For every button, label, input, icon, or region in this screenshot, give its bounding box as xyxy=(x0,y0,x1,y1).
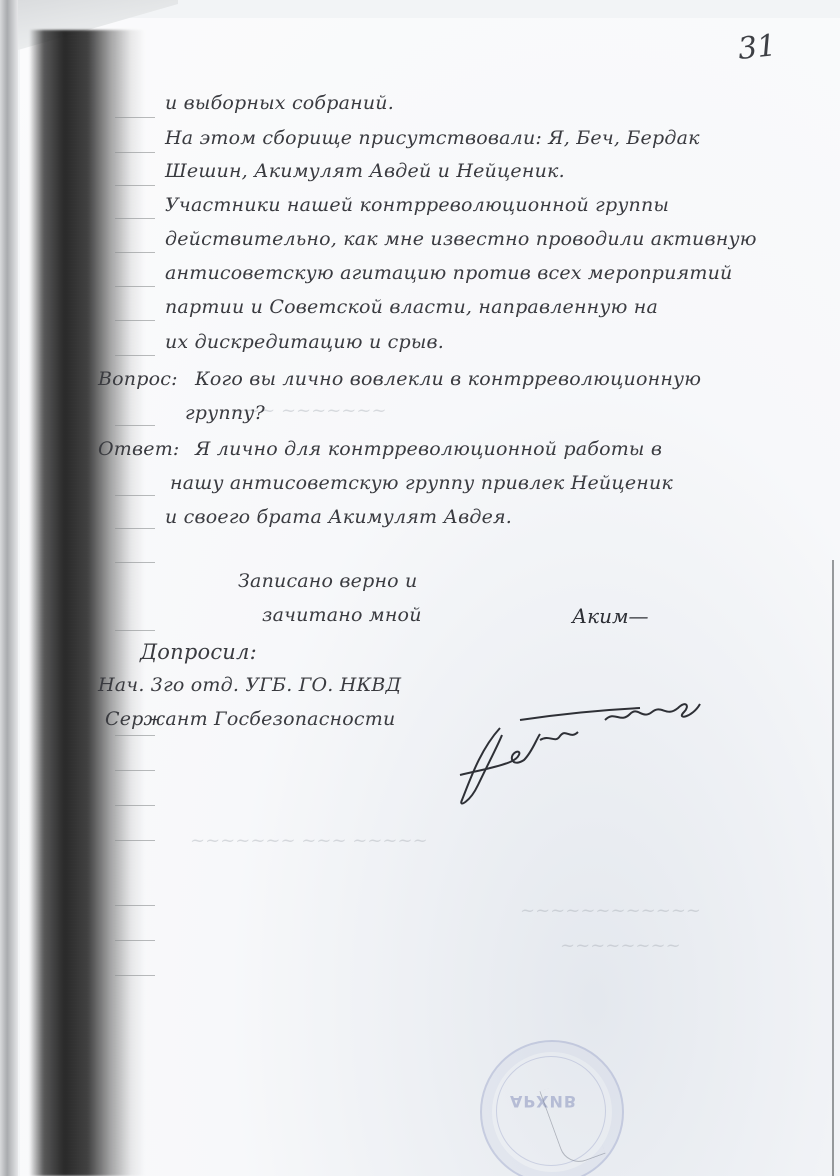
ruled-line xyxy=(115,252,155,253)
interrogator-label: Допросил: xyxy=(140,640,257,664)
text-line: и выборных собраний. xyxy=(165,92,394,114)
interrogator-position: Нач. 3го отд. УГБ. ГО. НКВД xyxy=(98,674,401,696)
ruled-line xyxy=(115,630,155,631)
ruled-line xyxy=(115,185,155,186)
text-line: их дискредитацию и срыв. xyxy=(165,331,444,353)
text-line: Шешин, Акимулят Авдей и Нейценик. xyxy=(165,160,565,182)
attestation-line: Записано верно и xyxy=(238,570,418,592)
ruled-line xyxy=(115,152,155,153)
page-number: 31 xyxy=(736,28,778,67)
answer-line: нашу антисоветскую группу привлек Нейцен… xyxy=(170,472,673,494)
ruled-line xyxy=(115,117,155,118)
ruled-line xyxy=(115,495,155,496)
scanner-edge xyxy=(0,0,18,1176)
question-label: Вопрос: xyxy=(98,368,178,390)
witness-signature: Аким— xyxy=(572,604,649,628)
ruled-line xyxy=(115,562,155,563)
ruled-line xyxy=(115,805,155,806)
text-line: действительно, как мне известно проводил… xyxy=(165,228,757,250)
ruled-line xyxy=(115,735,155,736)
text-line: На этом сборище присутствовали: Я, Беч, … xyxy=(165,127,700,149)
archive-stamp: АРХИВ xyxy=(480,1040,624,1176)
answer-line: Я лично для контрреволюционной работы в xyxy=(195,438,662,460)
bleed-through-text: ~~~~~~~~~~~~ xyxy=(520,900,701,921)
ruled-line xyxy=(115,940,155,941)
question-line: группу? xyxy=(185,402,265,424)
question-line: Кого вы лично вовлекли в контрреволюцион… xyxy=(195,368,701,390)
ruled-line xyxy=(115,425,155,426)
ruled-line xyxy=(115,528,155,529)
ruled-line xyxy=(115,975,155,976)
interrogator-rank: Сержант Госбезопасности xyxy=(105,708,395,730)
answer-label: Ответ: xyxy=(98,438,180,460)
ruled-line xyxy=(115,286,155,287)
interrogator-signature xyxy=(440,690,710,810)
bleed-through-text: ~~~~~~~~ xyxy=(560,935,681,956)
text-line: антисоветскую агитацию против всех мероп… xyxy=(165,262,732,284)
ruled-line xyxy=(115,355,155,356)
ruled-line xyxy=(115,770,155,771)
bleed-through-text: ~~~~~~~ ~~~ ~~~~~ xyxy=(190,830,428,851)
text-line: Участники нашей контрреволюционной групп… xyxy=(165,194,669,216)
text-line: партии и Советской власти, направленную … xyxy=(165,296,658,318)
ruled-line xyxy=(115,905,155,906)
page-edge-line xyxy=(832,560,834,1176)
ruled-line xyxy=(115,840,155,841)
binding-shadow xyxy=(30,30,145,1176)
answer-line: и своего брата Акимулят Авдея. xyxy=(165,506,512,528)
ruled-line xyxy=(115,320,155,321)
ruled-line xyxy=(115,218,155,219)
attestation-line: зачитано мной xyxy=(262,604,422,626)
